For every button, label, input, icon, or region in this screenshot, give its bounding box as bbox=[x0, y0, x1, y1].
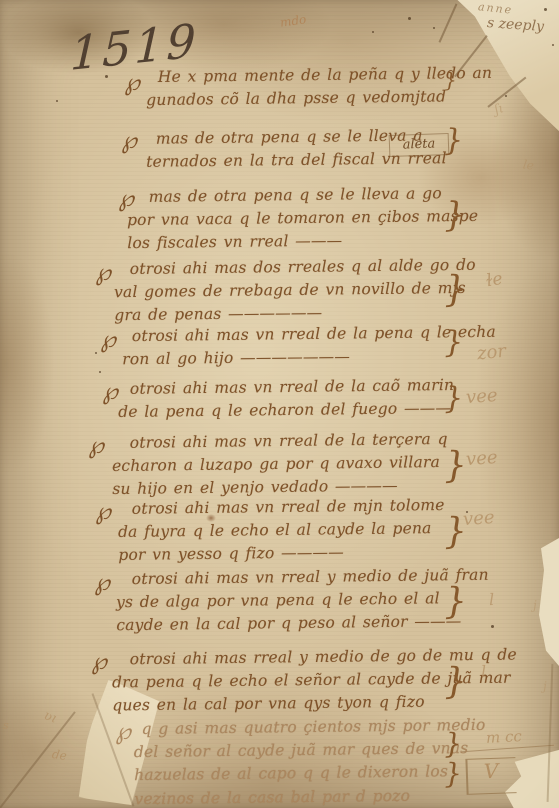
entry: q g asi mas quatro çientos mjs por medio… bbox=[133, 714, 486, 808]
paragraph-mark: ℘ bbox=[94, 259, 112, 286]
entry-line: gunados cõ la dha psse q vedomjtad bbox=[146, 85, 493, 112]
entry-line: da fuyra q le echo el al cayde la pena bbox=[118, 517, 445, 544]
margin-amount: m cc bbox=[486, 727, 523, 747]
entry: otrosi ahi mas vn rreal de la caõ marind… bbox=[118, 374, 455, 424]
paragraph-mark: ℘ bbox=[123, 69, 141, 96]
entry: otrosi ahi mas dos rreales q al alde go … bbox=[114, 254, 477, 328]
entry-brace: } bbox=[443, 664, 467, 701]
margin-amount: l bbox=[489, 590, 495, 609]
stray-mark: ʃι bbox=[493, 101, 505, 118]
entry-line: val gomes de rrebaga de vn novillo de mj… bbox=[114, 277, 476, 305]
paragraph-mark: ℘ bbox=[120, 127, 138, 154]
page-edge-line bbox=[547, 664, 553, 802]
margin-amount: zor bbox=[476, 341, 507, 365]
margin-amount: l bbox=[481, 662, 487, 681]
ink-layer: 1519 mdo anne s zeeply aleta V ℘He x pma… bbox=[0, 0, 559, 808]
entry: otrosi ahi mas vn rreal de la pena q le … bbox=[122, 321, 497, 372]
entry: He x pma mente de la peña q y lledo angu… bbox=[146, 62, 493, 113]
entry-brace: } bbox=[444, 730, 463, 759]
paragraph-mark: ℘ bbox=[114, 718, 132, 745]
entry-brace: } bbox=[443, 384, 463, 415]
entry-line: ternados en la tra del fiscal vn rreal bbox=[146, 147, 447, 174]
entry-brace: } bbox=[444, 70, 457, 90]
manuscript-page: 1519 mdo anne s zeeply aleta V ℘He x pma… bbox=[0, 0, 559, 808]
margin-amount: j bbox=[533, 598, 537, 612]
entry: otrosi ahi mas vn rreal de la terçera qe… bbox=[112, 428, 449, 502]
paragraph-mark: ℘ bbox=[87, 432, 105, 459]
entry-line: vezinos de la casa bal par d pozo bbox=[134, 783, 486, 808]
entry-brace: } bbox=[444, 760, 463, 789]
entry: mas de otra pena q se le lleva a gopor v… bbox=[127, 182, 479, 256]
entry-line: por vna vaca q le tomaron en çibos maspe bbox=[127, 205, 479, 232]
entry-brace: } bbox=[443, 198, 466, 233]
entry-line: hazuelas de al capo q q le dixeron los bbox=[134, 760, 486, 787]
paragraph-mark: ℘ bbox=[94, 498, 112, 525]
entry-brace: } bbox=[443, 584, 467, 621]
corner-fragment: anne bbox=[477, 0, 513, 17]
entry-brace: } bbox=[443, 328, 463, 359]
stray-mark: de bbox=[51, 747, 68, 763]
margin-amount: ɫe bbox=[484, 269, 504, 292]
stray-mark: ʋι bbox=[42, 708, 60, 727]
margin-amount: vee bbox=[465, 447, 498, 470]
folio-mark: mdo bbox=[279, 12, 307, 30]
entry-line: de la pena q le echaron del fuego ——— bbox=[118, 397, 455, 424]
entry-line: los fiscales vn rreal ——— bbox=[127, 228, 479, 255]
entry-brace: } bbox=[443, 448, 467, 485]
paragraph-mark: ℘ bbox=[90, 648, 108, 675]
stray-mark: s bbox=[3, 719, 9, 732]
margin-amount: vee bbox=[462, 507, 495, 530]
entry-line: cayde en la cal por q peso al señor ——— bbox=[116, 610, 489, 638]
entry-line: por vn yesso q fizo ———— bbox=[118, 540, 445, 567]
paragraph-mark: ℘ bbox=[99, 326, 117, 353]
stray-mark: le bbox=[522, 157, 535, 172]
margin-amount: j bbox=[543, 679, 547, 693]
corner-scribble: s zeeply bbox=[487, 15, 545, 35]
entry: mas de otra pena q se le lleva aternados… bbox=[146, 124, 447, 174]
entry-line: otrosi ahi mas vn rreal de la pena q le … bbox=[122, 321, 496, 349]
entry-line: ron al go hijo ——————— bbox=[122, 344, 496, 372]
entry-brace: } bbox=[443, 126, 463, 157]
entry-brace: } bbox=[443, 272, 467, 309]
entry: otrosi ahi mas vn rreal de mjn tolomeda … bbox=[118, 494, 446, 568]
paragraph-mark: ℘ bbox=[93, 569, 111, 596]
entry: otrosi ahi mas vn rreal y medio de juã f… bbox=[116, 564, 490, 638]
margin-amount: vee bbox=[465, 385, 498, 408]
paragraph-mark: ℘ bbox=[101, 378, 119, 405]
entry-line: echaron a luzapo ga por q avaxo villara bbox=[112, 451, 448, 478]
